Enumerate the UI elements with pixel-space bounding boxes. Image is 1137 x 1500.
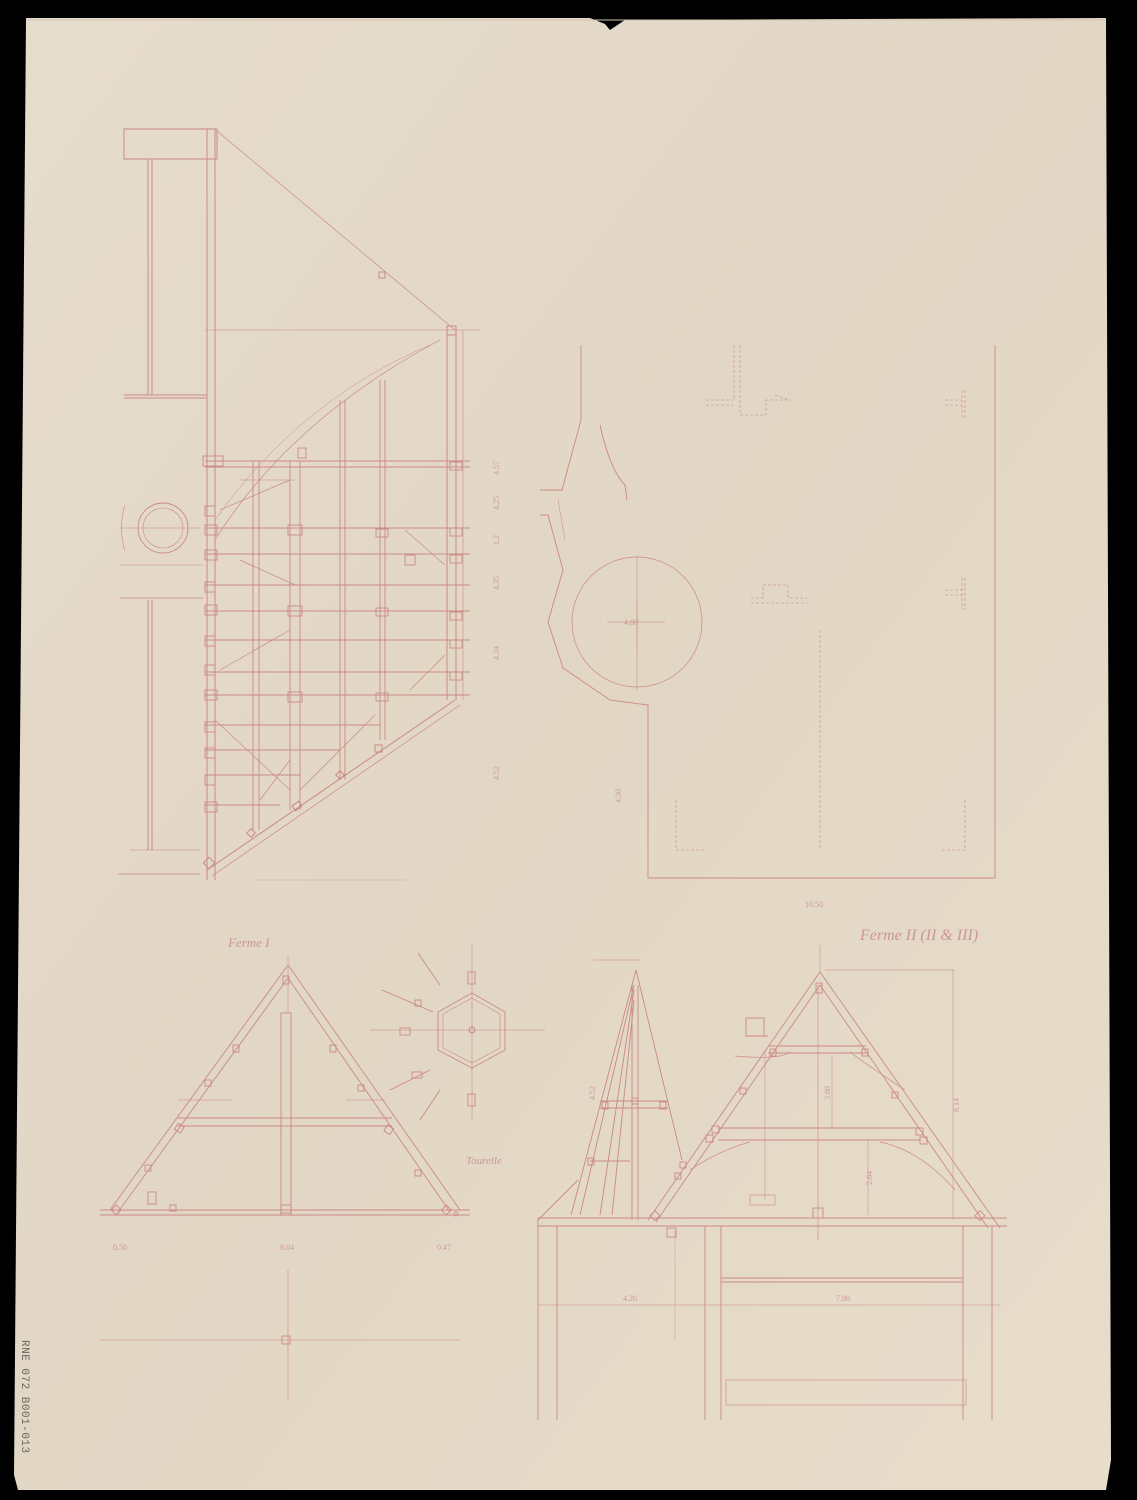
left-span-dimension: 4.20: [623, 1294, 637, 1303]
plan-left-dimension: 4.30: [614, 789, 623, 803]
circle-center-dimension: 4.80: [624, 618, 638, 627]
overall-height-dimension: 8.14: [952, 1098, 961, 1112]
drawing-canvas: [0, 0, 1137, 1500]
plan-dim-5: 4.34: [492, 646, 501, 660]
ferme-1-title: Ferme I: [228, 935, 270, 951]
plan-dim-1: 4.57: [492, 461, 501, 475]
plan-dim-3: 1.2: [492, 535, 501, 545]
spire-height-dimension: 4.52: [588, 1086, 597, 1100]
lower-height-dimension: 2.64: [865, 1171, 874, 1185]
ferme-1-left-dimension: 0.50: [113, 1243, 127, 1252]
right-span-dimension: 7.80: [836, 1294, 850, 1303]
ferme-1-center-dimension: 8.04: [280, 1243, 294, 1252]
ferme-1-right-dimension: 0.47: [437, 1243, 451, 1252]
archive-stamp: RNE 072 B001-013: [10, 1340, 30, 1490]
plan-dim-2: 4.25: [492, 496, 501, 510]
plan-dim-4: 4.35: [492, 576, 501, 590]
plan-dim-6: 4.52: [492, 766, 501, 780]
tourelle-label: Tourelle: [466, 1155, 502, 1167]
drawing-sheet: Ferme II (II & III) Ferme I Tourelle 4.8…: [0, 0, 1137, 1500]
ferme-2-title: Ferme II (II & III): [860, 927, 978, 945]
paper: [14, 18, 1111, 1490]
ferme-2-top-dimension: 10.50: [805, 900, 823, 909]
upper-height-dimension: 3.80: [823, 1086, 832, 1100]
